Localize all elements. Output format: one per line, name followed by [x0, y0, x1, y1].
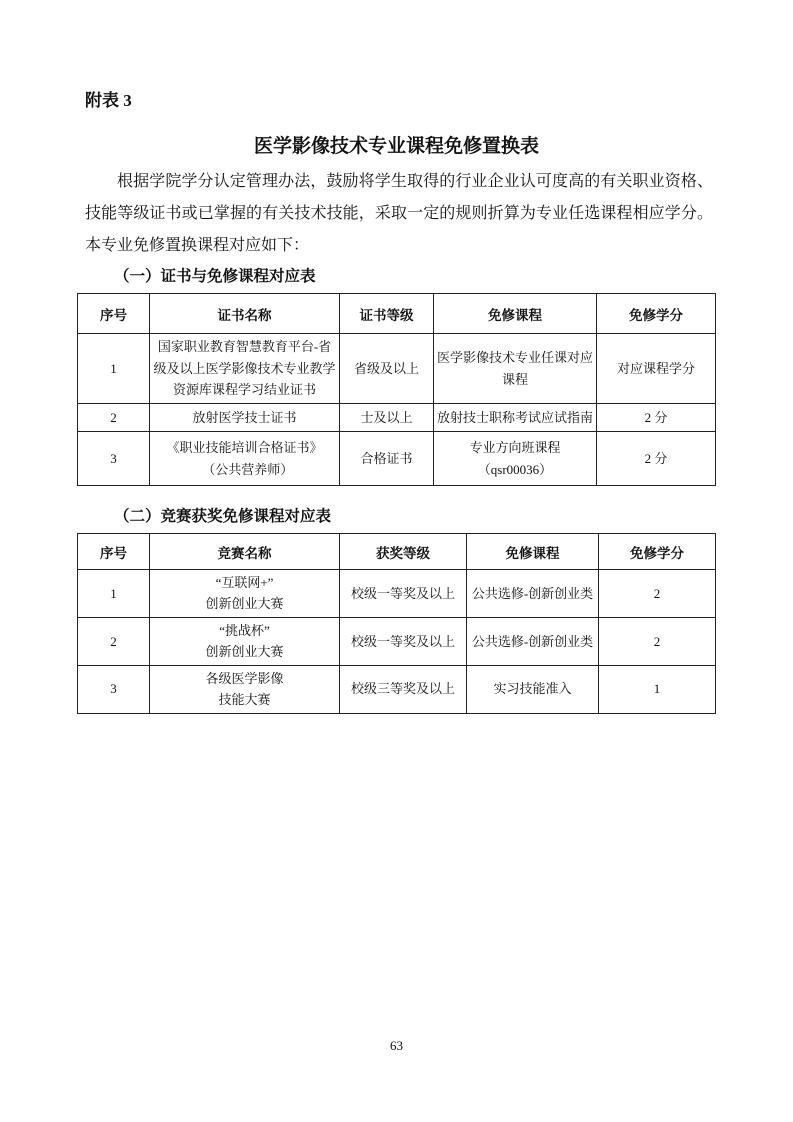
cell-serial: 3 — [78, 665, 150, 713]
appendix-label: 附表 3 — [85, 86, 716, 111]
page-number: 63 — [0, 1038, 793, 1054]
cell-exempt-credit: 1 — [599, 665, 716, 713]
cell-exempt-course: 放射技士职称考试应试指南 — [434, 404, 597, 432]
table-row: 1 “互联网+” 创新创业大赛 校级一等奖及以上 公共选修-创新创业类 2 — [78, 570, 716, 618]
cell-competition-name: “互联网+” 创新创业大赛 — [150, 570, 340, 618]
cell-award-level: 校级一等奖及以上 — [340, 570, 467, 618]
column-header-award-level: 获奖等级 — [340, 534, 467, 570]
section1-heading: （一）证书与免修课程对应表 — [114, 264, 716, 286]
cell-competition-name: “挑战杯” 创新创业大赛 — [150, 617, 340, 665]
cell-exempt-credit: 2 — [599, 570, 716, 618]
table-row: 1 国家职业教育智慧教育平台-省级及以上医学影像技术专业教学资源库课程学习结业证… — [78, 334, 716, 404]
cell-exempt-course: 实习技能准入 — [467, 665, 599, 713]
column-header-competition-name: 竞赛名称 — [150, 534, 340, 570]
cell-award-level: 校级三等奖及以上 — [340, 665, 467, 713]
cell-serial: 2 — [78, 617, 150, 665]
table-header-row: 序号 证书名称 证书等级 免修课程 免修学分 — [78, 294, 716, 334]
cell-exempt-course: 医学影像技术专业任课对应课程 — [434, 334, 597, 404]
table-row: 3 《职业技能培训合格证书》 （公共营养师） 合格证书 专业方向班课程（qsr0… — [78, 432, 716, 486]
cell-exempt-credit: 2 — [599, 617, 716, 665]
column-header-exempt-course: 免修课程 — [467, 534, 599, 570]
cell-exempt-course: 专业方向班课程（qsr00036） — [434, 432, 597, 486]
document-page: 附表 3 医学影像技术专业课程免修置换表 根据学院学分认定管理办法，鼓励将学生取… — [0, 0, 793, 1122]
cell-exempt-credit: 2 分 — [597, 404, 716, 432]
column-header-exempt-credit: 免修学分 — [597, 294, 716, 334]
column-header-cert-name: 证书名称 — [150, 294, 340, 334]
table-row: 3 各级医学影像 技能大赛 校级三等奖及以上 实习技能准入 1 — [78, 665, 716, 713]
cell-serial: 1 — [78, 334, 150, 404]
cell-cert-level: 省级及以上 — [340, 334, 434, 404]
cell-cert-level: 合格证书 — [340, 432, 434, 486]
section2-heading: （二）竞赛获奖免修课程对应表 — [114, 504, 716, 526]
column-header-exempt-credit: 免修学分 — [599, 534, 716, 570]
cell-serial: 1 — [78, 570, 150, 618]
cell-exempt-credit: 2 分 — [597, 432, 716, 486]
table-row: 2 “挑战杯” 创新创业大赛 校级一等奖及以上 公共选修-创新创业类 2 — [78, 617, 716, 665]
cell-exempt-course: 公共选修-创新创业类 — [467, 570, 599, 618]
cell-award-level: 校级一等奖及以上 — [340, 617, 467, 665]
table-row: 2 放射医学技士证书 士及以上 放射技士职称考试应试指南 2 分 — [78, 404, 716, 432]
page-title: 医学影像技术专业课程免修置换表 — [77, 131, 716, 158]
column-header-cert-level: 证书等级 — [340, 294, 434, 334]
cell-cert-name: 国家职业教育智慧教育平台-省级及以上医学影像技术专业教学资源库课程学习结业证书 — [150, 334, 340, 404]
cell-cert-name: 放射医学技士证书 — [150, 404, 340, 432]
certificate-exemption-table: 序号 证书名称 证书等级 免修课程 免修学分 1 国家职业教育智慧教育平台-省级… — [77, 293, 716, 486]
competition-exemption-table: 序号 竞赛名称 获奖等级 免修课程 免修学分 1 “互联网+” 创新创业大赛 校… — [77, 533, 716, 714]
table-header-row: 序号 竞赛名称 获奖等级 免修课程 免修学分 — [78, 534, 716, 570]
intro-paragraph: 根据学院学分认定管理办法，鼓励将学生取得的行业企业认可度高的有关职业资格、技能等… — [85, 166, 713, 262]
column-header-serial: 序号 — [78, 294, 150, 334]
cell-competition-name: 各级医学影像 技能大赛 — [150, 665, 340, 713]
cell-exempt-credit: 对应课程学分 — [597, 334, 716, 404]
cell-serial: 2 — [78, 404, 150, 432]
cell-exempt-course: 公共选修-创新创业类 — [467, 617, 599, 665]
column-header-serial: 序号 — [78, 534, 150, 570]
cell-cert-level: 士及以上 — [340, 404, 434, 432]
column-header-exempt-course: 免修课程 — [434, 294, 597, 334]
cell-cert-name: 《职业技能培训合格证书》 （公共营养师） — [150, 432, 340, 486]
cell-serial: 3 — [78, 432, 150, 486]
